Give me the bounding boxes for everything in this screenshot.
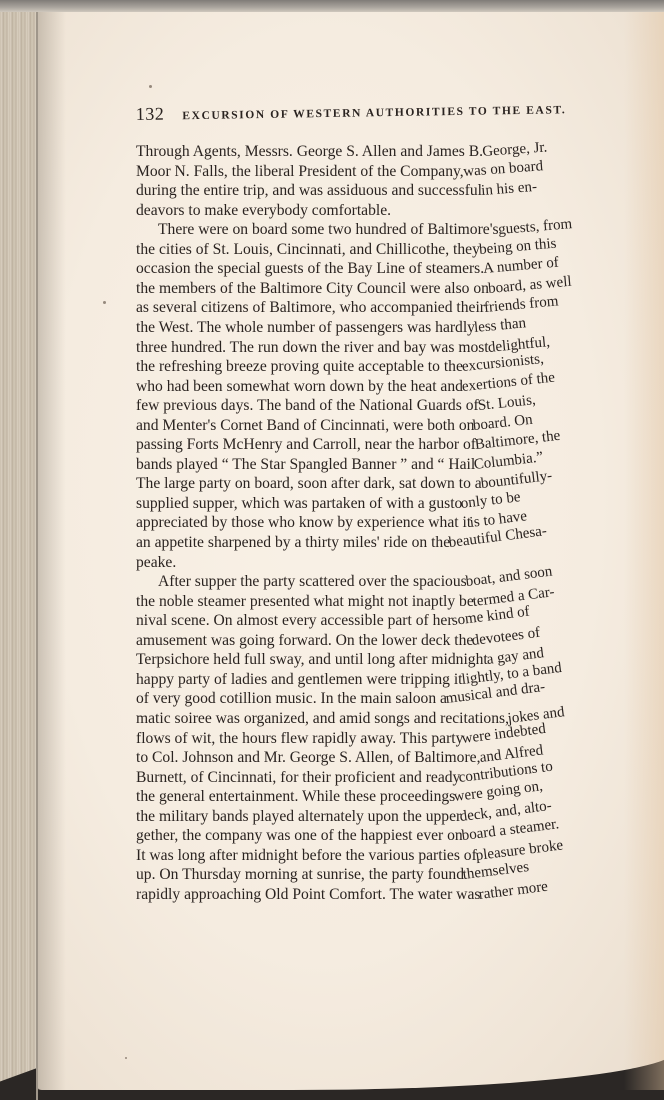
text-line: few previous days. The band of the Natio… xyxy=(136,396,537,416)
text-line: rapidly approaching Old Point Comfort. T… xyxy=(136,885,550,905)
text-line-main: The large party on board, soon after dar… xyxy=(136,474,482,494)
text-line-main: occasion the special guests of the Bay L… xyxy=(136,259,484,279)
text-line-main: of very good cotillion music. In the mai… xyxy=(136,689,447,709)
text-line: peake. xyxy=(136,553,176,573)
text-line-main: Moor N. Falls, the liberal President of … xyxy=(136,162,464,182)
text-line-main: supplied supper, which was partaken of w… xyxy=(136,494,462,514)
text-line-main: the noble steamer presented what might n… xyxy=(136,592,474,612)
text-line: supplied supper, which was partaken of w… xyxy=(136,494,522,514)
text-line-main: the cities of St. Louis, Cincinnati, and… xyxy=(136,240,480,260)
text-line-main: Terpsichore held full sway, and until lo… xyxy=(136,650,488,670)
text-line: during the entire trip, and was assiduou… xyxy=(136,181,538,201)
text-line: and Menter's Cornet Band of Cincinnati, … xyxy=(136,416,534,436)
text-line-main: the general entertainment. While these p… xyxy=(136,787,455,807)
text-line-main: who had been somewhat worn down by the h… xyxy=(136,377,463,397)
text-line-main: passing Forts McHenry and Carroll, near … xyxy=(136,435,476,455)
text-line: up. On Thursday morning at sunrise, the … xyxy=(136,865,531,885)
text-line-main: happy party of ladies and gentlemen were… xyxy=(136,670,463,690)
running-head-title: EXCURSION OF WESTERN AUTHORITIES TO THE … xyxy=(182,104,566,122)
text-line: occasion the special guests of the Bay L… xyxy=(136,259,560,279)
text-line-main: Burnett, of Cincinnati, for their profic… xyxy=(136,768,460,788)
text-line-main: to Col. Johnson and Mr. George S. Allen,… xyxy=(136,748,481,768)
text-line: an appetite sharpened by a thirty miles'… xyxy=(136,533,549,553)
text-line-main: three hundred. The run down the river an… xyxy=(136,338,489,358)
text-line-main: the West. The whole number of passengers… xyxy=(136,318,475,338)
text-line-main: gether, the company was one of the happi… xyxy=(136,826,463,846)
text-line-main: the refreshing breeze proving quite acce… xyxy=(136,357,463,377)
text-line-main: After supper the party scattered over th… xyxy=(158,572,467,592)
text-line-curled-end: in his en- xyxy=(481,177,538,201)
text-line-main: peake. xyxy=(136,553,176,573)
text-line: nival scene. On almost every accessible … xyxy=(136,611,531,631)
text-line: flows of wit, the hours flew rapidly awa… xyxy=(136,729,548,749)
text-line-main: rapidly approaching Old Point Comfort. T… xyxy=(136,885,480,905)
text-line-main: It was long after midnight before the va… xyxy=(136,846,477,866)
text-line: of very good cotillion music. In the mai… xyxy=(136,689,547,709)
text-line-main: deavors to make everybody comfortable. xyxy=(136,201,391,221)
scanned-book-page: 132 EXCURSION OF WESTERN AUTHORITIES TO … xyxy=(0,0,664,1100)
running-head: 132 EXCURSION OF WESTERN AUTHORITIES TO … xyxy=(136,97,567,125)
text-line: Moor N. Falls, the liberal President of … xyxy=(136,162,544,182)
text-line-main: bands played “ The Star Spangled Banner … xyxy=(136,455,475,475)
text-line-main: during the entire trip, and was assiduou… xyxy=(136,181,482,201)
text-line-main: Through Agents, Messrs. George S. Allen … xyxy=(136,142,483,162)
text-line: deavors to make everybody comfortable. xyxy=(136,201,391,221)
text-line-main: the members of the Baltimore City Counci… xyxy=(136,279,489,299)
page-number: 132 xyxy=(136,104,165,124)
text-line-main: amusement was going forward. On the lowe… xyxy=(136,631,473,651)
text-line: Through Agents, Messrs. George S. Allen … xyxy=(136,142,548,162)
text-line: the cities of St. Louis, Cincinnati, and… xyxy=(136,240,557,260)
text-line-main: and Menter's Cornet Band of Cincinnati, … xyxy=(136,416,474,436)
text-line-main: flows of wit, the hours flew rapidly awa… xyxy=(136,729,463,749)
text-line-main: matic soiree was organized, and amid son… xyxy=(136,709,509,729)
text-line: the West. The whole number of passengers… xyxy=(136,318,527,338)
text-line: bands played “ The Star Spangled Banner … xyxy=(136,455,545,475)
page-text: 132 EXCURSION OF WESTERN AUTHORITIES TO … xyxy=(0,0,664,1100)
text-line-main: appreciated by those who know by experie… xyxy=(136,513,471,533)
text-line-main: few previous days. The band of the Natio… xyxy=(136,396,479,416)
text-line-main: the military bands played alternately up… xyxy=(136,807,461,827)
text-line-main: an appetite sharpened by a thirty miles'… xyxy=(136,533,450,553)
text-line-main: nival scene. On almost every accessible … xyxy=(136,611,453,631)
text-line-main: There were on board some two hundred of … xyxy=(158,220,499,240)
text-line: amusement was going forward. On the lowe… xyxy=(136,631,542,651)
text-line-main: as several citizens of Baltimore, who ac… xyxy=(136,298,485,318)
text-line-main: up. On Thursday morning at sunrise, the … xyxy=(136,865,464,885)
